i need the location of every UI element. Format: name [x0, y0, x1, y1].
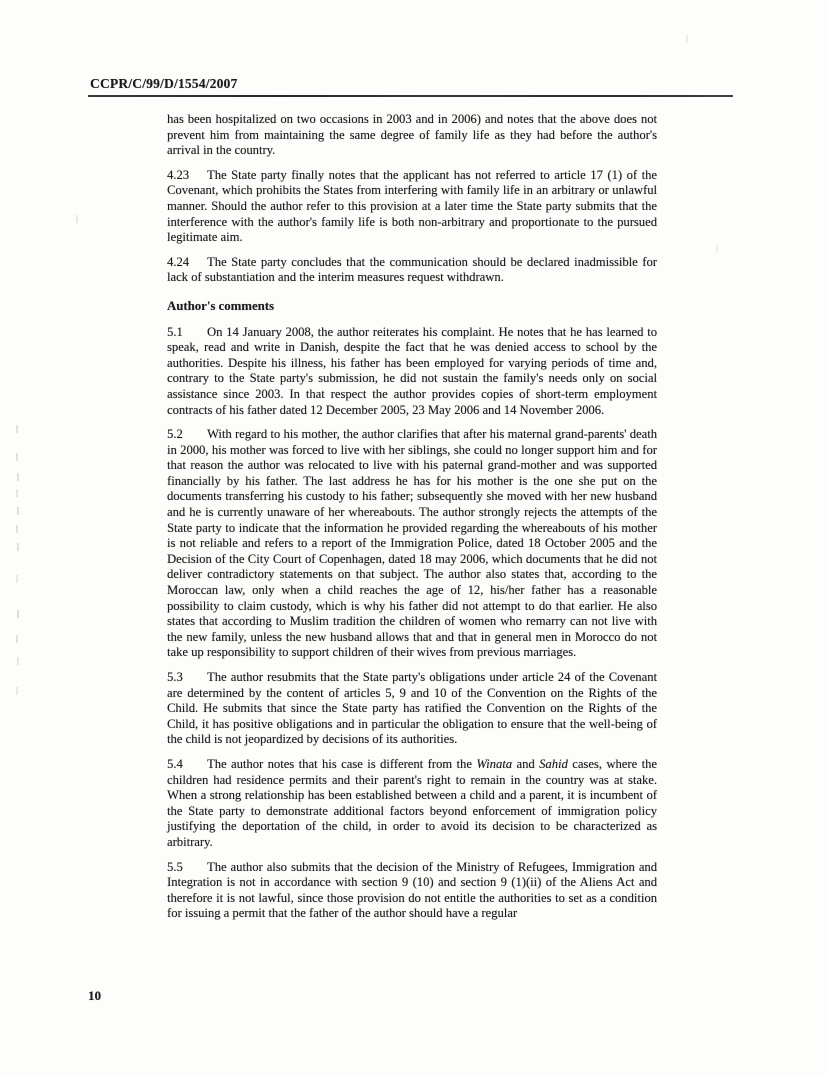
case-name-winata: Winata	[476, 757, 512, 771]
paragraph-4-24: 4.24The State party concludes that the c…	[167, 255, 657, 286]
scan-noise	[16, 425, 18, 433]
page-number: 10	[88, 988, 101, 1004]
paragraph-number: 5.1	[167, 325, 207, 341]
paragraph-5-1: 5.1On 14 January 2008, the author reiter…	[167, 325, 657, 419]
paragraph-number: 4.24	[167, 255, 207, 271]
paragraph-text: The author resubmits that the State part…	[167, 670, 657, 746]
section-heading-authors-comments: Author's comments	[167, 299, 657, 315]
paragraph-number: 5.4	[167, 757, 207, 773]
paragraph-continuation: has been hospitalized on two occasions i…	[167, 112, 657, 159]
paragraph-text: With regard to his mother, the author cl…	[167, 427, 657, 659]
paragraph-text: On 14 January 2008, the author reiterate…	[167, 325, 657, 417]
paragraph-number: 5.5	[167, 860, 207, 876]
paragraph-text-segment: The author notes that his case is differ…	[207, 757, 476, 771]
paragraph-text: The author also submits that the decisio…	[167, 860, 657, 921]
paragraph-5-2: 5.2With regard to his mother, the author…	[167, 427, 657, 661]
paragraph-text: The author notes that his case is differ…	[167, 757, 657, 849]
document-page: CCPR/C/99/D/1554/2007 has been hospitali…	[0, 0, 826, 1075]
header-rule	[88, 95, 733, 97]
paragraph-number: 4.23	[167, 168, 207, 184]
paragraph-number: 5.2	[167, 427, 207, 443]
paragraph-5-4: 5.4The author notes that his case is dif…	[167, 757, 657, 851]
paragraph-number: 5.3	[167, 670, 207, 686]
paragraph-text-segment: and	[512, 757, 539, 771]
paragraph-5-5: 5.5The author also submits that the deci…	[167, 860, 657, 922]
case-name-sahid: Sahid	[539, 757, 568, 771]
document-body: has been hospitalized on two occasions i…	[167, 112, 657, 931]
paragraph-text: The State party concludes that the commu…	[167, 255, 657, 285]
paragraph-4-23: 4.23The State party finally notes that t…	[167, 168, 657, 246]
paragraph-text: The State party finally notes that the a…	[167, 168, 657, 244]
paragraph-5-3: 5.3The author resubmits that the State p…	[167, 670, 657, 748]
document-symbol: CCPR/C/99/D/1554/2007	[90, 76, 237, 92]
paragraph-text: has been hospitalized on two occasions i…	[167, 112, 657, 157]
